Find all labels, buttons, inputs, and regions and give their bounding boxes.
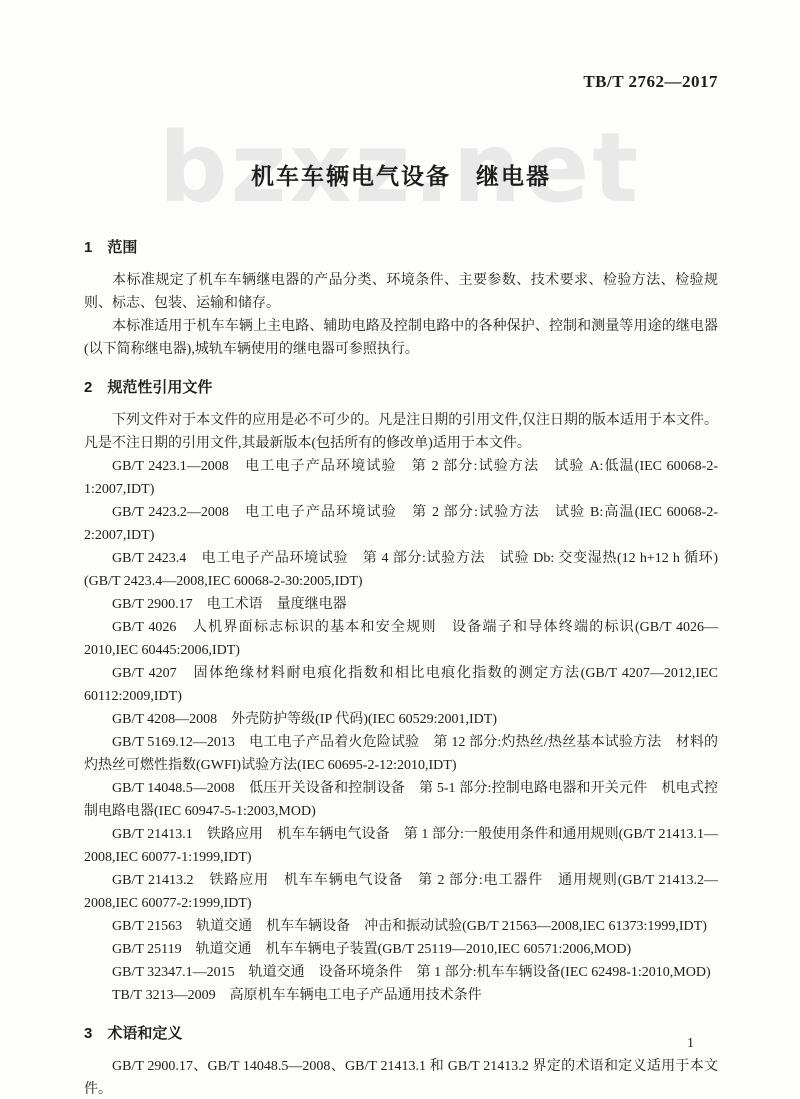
reference-item: GB/T 32347.1—2015 轨道交通 设备环境条件 第 1 部分:机车车… [84, 961, 718, 984]
reference-item: GB/T 21413.2 铁路应用 机车车辆电气设备 第 2 部分:电工器件 通… [84, 869, 718, 915]
reference-item: GB/T 4026 人机界面标志标识的基本和安全规则 设备端子和导体终端的标识(… [84, 616, 718, 662]
reference-item: GB/T 2423.2—2008 电工电子产品环境试验 第 2 部分:试验方法 … [84, 501, 718, 547]
reference-item: GB/T 2900.17 电工术语 量度继电器 [84, 593, 718, 616]
document-page: bzxz.net TB/T 2762—2017 机车车辆电气设备 继电器 1 范… [0, 0, 800, 1099]
paragraph-scope-2: 本标准适用于机车车辆上主电路、辅助电路及控制电路中的各种保护、控制和测量等用途的… [84, 315, 718, 361]
section-scope: 1 范围 本标准规定了机车车辆继电器的产品分类、环境条件、主要参数、技术要求、检… [84, 236, 718, 361]
reference-item: GB/T 21563 轨道交通 机车车辆设备 冲击和振动试验(GB/T 2156… [84, 915, 718, 938]
reference-item: TB/T 3213—2009 高原机车车辆电工电子产品通用技术条件 [84, 984, 718, 1007]
reference-item: GB/T 14048.5—2008 低压开关设备和控制设备 第 5-1 部分:控… [84, 777, 718, 823]
section-1-heading: 1 范围 [84, 236, 718, 257]
paragraph-references-intro: 下列文件对于本文件的应用是必不可少的。凡是注日期的引用文件,仅注日期的版本适用于… [84, 409, 718, 455]
section-3-heading: 3 术语和定义 [84, 1022, 718, 1043]
reference-item: GB/T 4207 固体绝缘材料耐电痕化指数和相比电痕化指数的测定方法(GB/T… [84, 662, 718, 708]
reference-item: GB/T 21413.1 铁路应用 机车车辆电气设备 第 1 部分:一般使用条件… [84, 823, 718, 869]
reference-item: GB/T 25119 轨道交通 机车车辆电子装置(GB/T 25119—2010… [84, 938, 718, 961]
section-2-heading: 2 规范性引用文件 [84, 376, 718, 397]
reference-item: GB/T 5169.12—2013 电工电子产品着火危险试验 第 12 部分:灼… [84, 731, 718, 777]
section-normative-references: 2 规范性引用文件 下列文件对于本文件的应用是必不可少的。凡是注日期的引用文件,… [84, 376, 718, 1007]
reference-item: GB/T 2423.4 电工电子产品环境试验 第 4 部分:试验方法 试验 Db… [84, 547, 718, 593]
page-title: 机车车辆电气设备 继电器 [84, 158, 718, 191]
document-header: TB/T 2762—2017 [84, 72, 718, 92]
page-number: 1 [687, 1036, 694, 1052]
paragraph-terms-1: GB/T 2900.17、GB/T 14048.5—2008、GB/T 2141… [84, 1055, 718, 1099]
paragraph-scope-1: 本标准规定了机车车辆继电器的产品分类、环境条件、主要参数、技术要求、检验方法、检… [84, 269, 718, 315]
reference-item: GB/T 2423.1—2008 电工电子产品环境试验 第 2 部分:试验方法 … [84, 455, 718, 501]
section-terms-definitions: 3 术语和定义 GB/T 2900.17、GB/T 14048.5—2008、G… [84, 1022, 718, 1099]
reference-item: GB/T 4208—2008 外壳防护等级(IP 代码)(IEC 60529:2… [84, 708, 718, 731]
standard-number: TB/T 2762—2017 [583, 72, 718, 91]
